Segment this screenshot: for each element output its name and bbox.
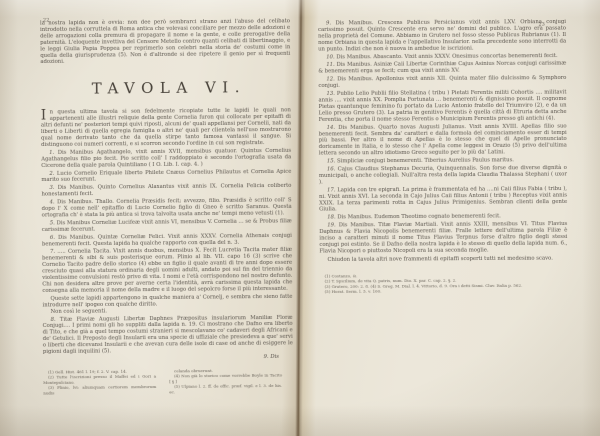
entry-number: 5.	[50, 220, 55, 226]
left-footnotes-column-1: (1) Gell. Hist. 461 l. 19; f. 2. V. cap.…	[43, 369, 156, 396]
right-page-content: 23 9. Dis Manibus. Crescens Publicus Per…	[318, 18, 568, 294]
entry-number: 19.	[327, 222, 335, 228]
epitaph-entry-3: 3. Dis Manibus. Quinto Cornelius Alaxant…	[41, 182, 291, 197]
epitaph-entry-7: 7. ..... Cornelia Tacita. Vixit annis du…	[42, 247, 292, 294]
entry-text: Dis Manibus. Quarto novas Augusti Julian…	[319, 123, 567, 156]
entry-text: Dis Manibus. Quintæ Corneliæ Felici. Vix…	[42, 232, 292, 247]
entry-text: Dis Manibus. Abascanto. Vixit annis XXXV…	[336, 52, 557, 59]
epitaph-entry-12: 12. Dis Manibus. Apollonius vixit annis …	[318, 75, 566, 89]
entry-number: 6.	[50, 234, 55, 240]
entry-text: Lucio Cornelio Eriquale liberto Philete …	[41, 168, 291, 183]
entry-number: 4.	[50, 199, 55, 205]
right-footnotes: (1) Costanzo, &. (2) T. Spicilium, de vi…	[320, 272, 557, 294]
entry-text: Lapida con tre epigrafi. La prima è fram…	[319, 185, 567, 212]
epitaph-entry-8: 8. Titæ Flaviæ Augusti Libertæ Daphnes P…	[43, 314, 293, 355]
epitaph-entry-13: 13. Publio Lelio Publii filio Stellatina…	[318, 89, 566, 123]
entry-text: Dis Manibus Corneliæ Lucifeæ vixit annis…	[42, 218, 292, 233]
left-footnotes-column-2: celanda obruerunt. (4) Non già lo storic…	[169, 368, 282, 395]
right-closing-line: Chiudon la tavola altri nove frammenti d…	[319, 255, 567, 263]
entry-text: Dis Manibus. Thallo. Cornelia Præsidis f…	[42, 197, 292, 218]
entry-text: Dis Manibus. Quinto Cornelius Alaxantus …	[41, 182, 291, 197]
epitaph-entry-4: 4. Dis Manibus. Thallo. Cornelia Præsidi…	[42, 197, 292, 219]
epitaph-entry-16: 16. Cajus Claudius Stephanus Decuria, Qu…	[319, 164, 567, 185]
left-page-number: 22	[43, 17, 50, 24]
left-page-content: 22 la nostra lapida non è ovvia: non dee…	[40, 18, 293, 396]
epitaph-entry-19: 19. Dis Manibus. Titæ Flaviæ Martiali. V…	[319, 221, 567, 255]
entry-number: 1.	[49, 149, 54, 155]
right-page-number: 23	[538, 22, 545, 28]
epitaph-entry-5: 5. Dis Manibus Corneliæ Lucifeæ vixit an…	[42, 218, 292, 233]
entry-text: Dis Manibus. Titæ Flaviæ Martiali. Vixit…	[319, 221, 567, 254]
epitaph-entry-11: 11. Dis Manibus. Asiniæ Caii Libertæ Cor…	[318, 60, 566, 74]
footnote: (3) Plinio, lvi: aliumquam certiorem mem…	[43, 385, 156, 396]
epitaph-entry-6: 6. Dis Manibus. Quintæ Corneliæ Felici. …	[42, 232, 292, 247]
entry-text: Publio Lelio Publii filio Stellatina ( t…	[318, 89, 566, 122]
entry-number: 3.	[49, 185, 54, 191]
entry-text: Dis Manibus. Crescens Publicus Persician…	[318, 18, 566, 51]
epitaph-entry-9: 9. Dis Manibus. Crescens Publicus Persic…	[318, 18, 566, 52]
opening-paragraph-text: n questa ultima tavola si son fedelmente…	[41, 107, 291, 147]
entry-text: Cajus Claudius Stephanus Decuria, Quinqu…	[319, 164, 567, 184]
entry-number: 18.	[327, 214, 335, 220]
entry-text: Dis Manibus. Apollonius vixit annis XII.…	[318, 75, 566, 89]
entry-number: 13.	[326, 90, 334, 96]
entry-number: 9.	[326, 20, 331, 26]
epitaph-entry-10: 10. Dis Manibus. Abascanto. Vixit annis …	[318, 52, 566, 60]
chapter-heading: TAVOLA VI.	[41, 79, 291, 98]
entry-number: 12.	[326, 76, 334, 82]
epitaph-entry-17: 17. Lapida con tre epigrafi. La prima è …	[319, 185, 567, 212]
entry-number: 11.	[326, 62, 334, 68]
open-book-photo: 22 la nostra lapida non è ovvia: non dee…	[0, 0, 600, 436]
epitaph-entry-2: 2. Lucio Cornelio Eriquale liberto Phile…	[41, 168, 291, 183]
epitaph-entry-18: 18. Dis Manibus. Eudemon Theotimo cognat…	[319, 213, 567, 221]
entry-number: 10.	[326, 54, 334, 60]
entry-number: 2.	[49, 170, 54, 176]
entry-number: 8.	[51, 316, 56, 322]
epitaph-entry-15: 15. Simpliciæ conjugi benemerenti. Tiber…	[319, 157, 567, 165]
drop-cap-initial: I	[41, 110, 46, 122]
entry-text: Dis Manibus. Asiniæ Caii Libertæ Corinth…	[318, 60, 566, 74]
left-footnotes: (1) Gell. Hist. 461 l. 19; f. 2. V. cap.…	[43, 368, 293, 396]
footnote: (5) Ulpiano l. 2. ff. de offic. præf. vi…	[169, 384, 282, 395]
epitaph-entry-1: 1. Dis Manibus Agathangelo, vixit annis …	[41, 147, 291, 169]
entry-text: Dis Manibus Agathangelo, vixit annis XVI…	[41, 147, 291, 168]
entry-number: 7.	[50, 249, 55, 255]
entry-text: ..... Cornelia Tacita. Vixit annis duobu…	[42, 247, 292, 294]
continuation-paragraph: la nostra lapida non è ovvia: non dee pe…	[40, 18, 290, 65]
entry-number: 17.	[327, 187, 335, 193]
entry-text: Dis Manibus. Eudemon Theotimo cognato be…	[337, 213, 501, 220]
entry-text: Titæ Flaviæ Augusti Libertæ Daphnes Præp…	[43, 314, 293, 354]
opening-paragraph: In questa ultima tavola si son fedelment…	[41, 107, 291, 148]
entry-number: 14.	[327, 124, 335, 130]
entry-number: 15.	[327, 158, 335, 164]
entry-text: Simpliciæ conjugi benemerenti. Tiberius …	[337, 157, 514, 164]
epitaph-entry-14: 14. Dis Manibus. Quarto novas Augusti Ju…	[319, 123, 567, 157]
entry-number: 16.	[327, 166, 335, 172]
